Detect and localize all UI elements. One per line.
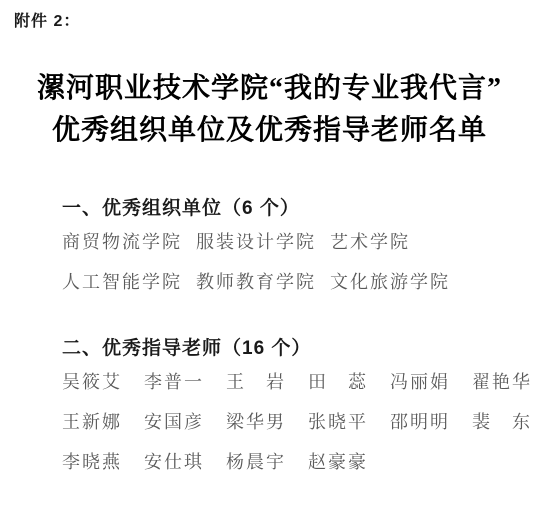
document-title: 漯河职业技术学院“我的专业我代言” 优秀组织单位及优秀指导老师名单 [0, 68, 539, 152]
teacher-name: 邵明明 [390, 402, 450, 442]
teacher-name: 田 蕊 [308, 362, 368, 402]
teacher-name: 李普一 [144, 362, 204, 402]
teacher-row-3: 李晓燕 安仕琪 杨晨宇 赵豪豪 [62, 442, 539, 482]
teacher-name: 安仕琪 [144, 442, 204, 482]
title-line-1: 漯河职业技术学院“我的专业我代言” [0, 68, 539, 110]
teacher-name: 翟艳华 [472, 362, 532, 402]
teacher-row-2: 王新娜 安国彦 梁华男 张晓平 邵明明 裴 东 [62, 402, 539, 442]
college-name: 商贸物流学院 [62, 222, 182, 262]
teacher-name: 张晓平 [308, 402, 368, 442]
section-teachers: 二、优秀指导老师（16 个） 吴筱艾 李普一 王 岩 田 蕊 冯丽娟 翟艳华 王… [62, 336, 539, 482]
teacher-name: 王 岩 [226, 362, 286, 402]
document-page: 附件 2： 漯河职业技术学院“我的专业我代言” 优秀组织单位及优秀指导老师名单 … [0, 0, 539, 508]
teacher-name: 李晓燕 [62, 442, 122, 482]
section-teachers-heading: 二、优秀指导老师（16 个） [62, 336, 539, 362]
section-organizations-heading: 一、优秀组织单位（6 个） [62, 196, 539, 222]
teacher-name: 吴筱艾 [62, 362, 122, 402]
attachment-label: 附件 2： [14, 8, 539, 30]
college-row-1: 商贸物流学院 服装设计学院 艺术学院 [62, 222, 539, 262]
college-name: 人工智能学院 [62, 262, 182, 302]
teacher-name: 王新娜 [62, 402, 122, 442]
teacher-name: 安国彦 [144, 402, 204, 442]
teacher-row-1: 吴筱艾 李普一 王 岩 田 蕊 冯丽娟 翟艳华 [62, 362, 539, 402]
teacher-name: 冯丽娟 [390, 362, 450, 402]
title-line-2: 优秀组织单位及优秀指导老师名单 [0, 110, 539, 152]
college-name: 艺术学院 [330, 222, 410, 262]
college-name: 教师教育学院 [196, 262, 316, 302]
section-organizations: 一、优秀组织单位（6 个） 商贸物流学院 服装设计学院 艺术学院 人工智能学院 … [62, 196, 539, 302]
teacher-name: 赵豪豪 [308, 442, 368, 482]
teacher-name: 裴 东 [472, 402, 532, 442]
college-row-2: 人工智能学院 教师教育学院 文化旅游学院 [62, 262, 539, 302]
teacher-name: 梁华男 [226, 402, 286, 442]
college-name: 服装设计学院 [196, 222, 316, 262]
college-name: 文化旅游学院 [330, 262, 450, 302]
teacher-name: 杨晨宇 [226, 442, 286, 482]
